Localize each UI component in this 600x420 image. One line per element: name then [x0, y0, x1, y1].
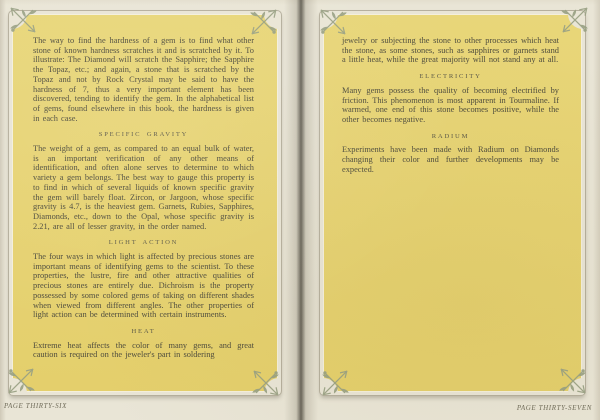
corner-ornament-icon [316, 5, 350, 39]
left-page-text-block: The way to find the hardness of a gem is… [33, 36, 254, 360]
left-page-panel: The way to find the hardness of a gem is… [12, 14, 278, 392]
section-heading-electricity: ELECTRICITY [342, 72, 559, 82]
paragraph-hardness: The way to find the hardness of a gem is… [33, 36, 254, 123]
paragraph-heat-continued: jewelry or subjecting the stone to other… [342, 36, 559, 65]
paragraph-radium: Experiments have been made with Radium o… [342, 145, 559, 174]
corner-ornament-icon [6, 3, 40, 37]
section-heading-light-action: LIGHT ACTION [33, 238, 254, 248]
section-heading-radium: RADIUM [342, 132, 559, 142]
paragraph-heat: Extreme heat affects the color of many g… [33, 341, 254, 360]
right-page-panel: jewelry or subjecting the stone to other… [323, 14, 582, 392]
paragraph-light-action: The four ways in which light is affected… [33, 252, 254, 320]
corner-ornament-icon [4, 364, 38, 398]
right-page-text-block: jewelry or subjecting the stone to other… [342, 36, 559, 174]
book-spread: The way to find the hardness of a gem is… [0, 0, 600, 420]
corner-ornament-icon [556, 364, 590, 398]
corner-ornament-icon [249, 366, 283, 400]
corner-ornament-icon [558, 3, 592, 37]
paragraph-specific-gravity: The weight of a gem, as compared to an e… [33, 144, 254, 231]
book-gutter-fold [284, 0, 318, 420]
paragraph-electricity: Many gems possess the quality of becomin… [342, 86, 559, 125]
section-heading-specific-gravity: SPECIFIC GRAVITY [33, 130, 254, 140]
left-page-number: PAGE THIRTY-SIX [4, 402, 67, 410]
corner-ornament-icon [247, 5, 281, 39]
corner-ornament-icon [318, 366, 352, 400]
right-page-number: PAGE THIRTY-SEVEN [517, 404, 592, 412]
section-heading-heat: HEAT [33, 327, 254, 337]
